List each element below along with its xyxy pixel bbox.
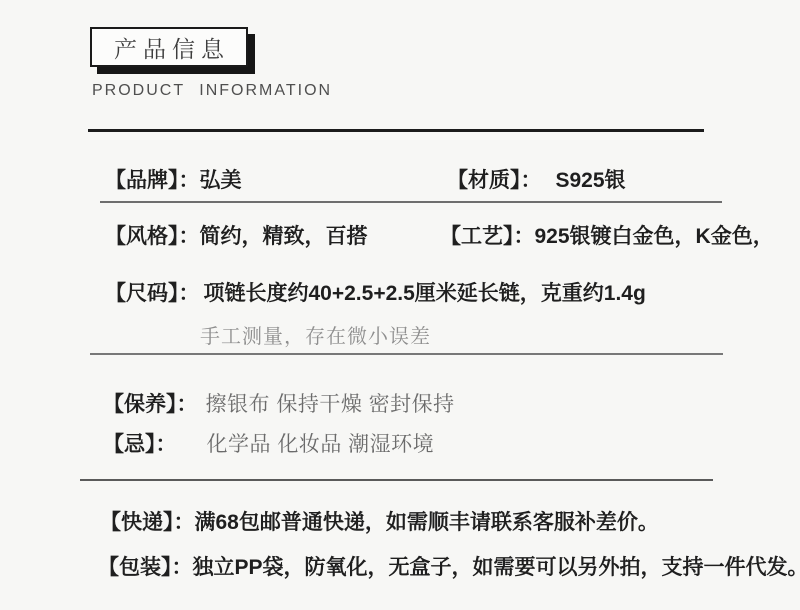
spec-craft-label: 【工艺】：: [440, 225, 535, 248]
spec-shipping-value: 满68包邮普通快递，如需顺丰请联系客服补差价。: [195, 511, 659, 534]
spec-material: 【材质】：S925银: [447, 164, 626, 194]
spec-size-label: 【尺码】：: [105, 282, 200, 305]
spec-packaging-label: 【包装】：: [98, 556, 193, 579]
spec-material-value: S925银: [556, 169, 626, 192]
spec-craft: 【工艺】：925银镀白金色，K金色，: [440, 220, 774, 250]
spec-craft-value: 925银镀白金色，K金色，: [535, 225, 774, 248]
spec-care-value: 擦银布 保持干燥 密封保持: [206, 393, 455, 416]
section-title-cn: 产品信息: [108, 31, 230, 64]
spec-avoid: 【忌】：化学品 化妆品 潮湿环境: [103, 428, 434, 458]
divider-thick: [88, 129, 704, 132]
spec-packaging: 【包装】：独立PP袋，防氧化，无盒子，如需要可以另外拍，支持一件代发。: [98, 551, 800, 581]
spec-size-value: 项链长度约40+2.5+2.5厘米延长链，克重约1.4g: [204, 282, 646, 305]
spec-care-label: 【保养】：: [103, 393, 198, 416]
spec-avoid-label: 【忌】：: [103, 433, 177, 456]
divider-mid: [90, 353, 723, 355]
spec-avoid-value: 化学品 化妆品 潮湿环境: [207, 433, 435, 456]
product-info-panel: 产品信息 PRODUCT INFORMATION 【品牌】：弘美 【材质】：S9…: [0, 0, 800, 610]
measurement-note: 手工测量，存在微小误差: [200, 320, 431, 349]
spec-style-label: 【风格】：: [105, 225, 200, 248]
divider-row1: [100, 201, 722, 203]
spec-packaging-value: 独立PP袋，防氧化，无盒子，如需要可以另外拍，支持一件代发。: [193, 556, 800, 579]
spec-style: 【风格】：简约，精致，百搭: [105, 220, 368, 250]
spec-care: 【保养】：擦银布 保持干燥 密封保持: [103, 388, 455, 418]
section-title-en: PRODUCT INFORMATION: [92, 82, 332, 100]
section-title-box: 产品信息: [90, 27, 248, 67]
spec-shipping-label: 【快递】：: [100, 511, 195, 534]
spec-brand-value: 弘美: [200, 169, 242, 192]
spec-material-label: 【材质】：: [447, 169, 542, 192]
spec-style-value: 简约，精致，百搭: [200, 225, 368, 248]
spec-brand: 【品牌】：弘美: [105, 164, 242, 194]
spec-size: 【尺码】：项链长度约40+2.5+2.5厘米延长链，克重约1.4g: [105, 277, 646, 307]
spec-brand-label: 【品牌】：: [105, 169, 200, 192]
spec-shipping: 【快递】：满68包邮普通快递，如需顺丰请联系客服补差价。: [100, 506, 659, 536]
divider-bottom: [80, 479, 713, 481]
